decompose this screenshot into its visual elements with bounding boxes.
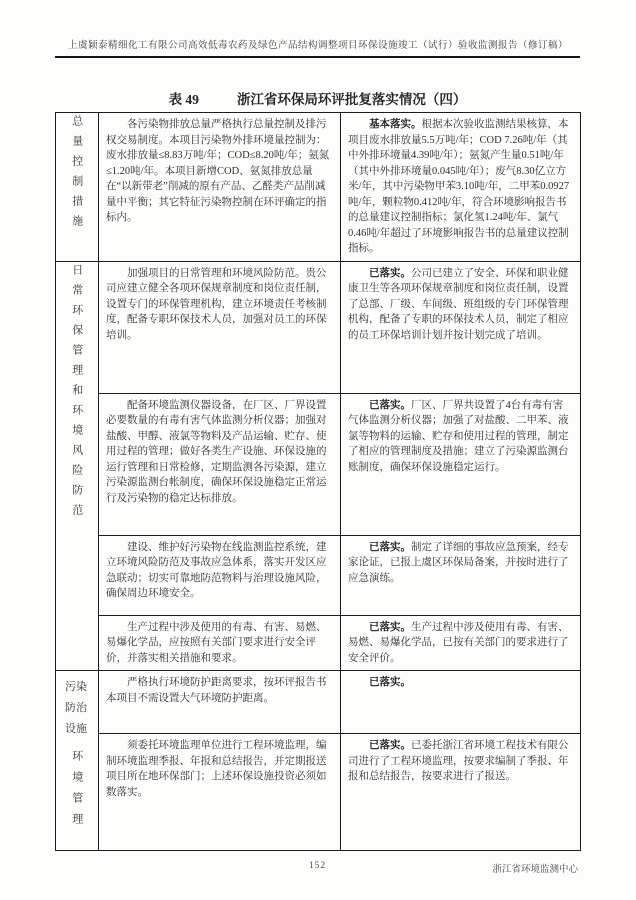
requirement-text: 建设、维护好污染物在线监测监控系统，建立环境风险防范及事故应急体系，落实开发区应… <box>99 535 341 615</box>
requirement-text: 严格执行环境防护距离要求，按环评报告书本项目不需设置大气环境防护距离。 <box>99 671 341 734</box>
status-lead: 已落实。 <box>369 740 411 751</box>
status-detail: 根据本次验收监测结果核算，本项目废水排放量5.5万吨/年；COD 7.26吨/年… <box>348 119 569 254</box>
requirement-text: 配备环境监测仪器设备，在厂区、厂界设置必要数量的有毒有害气体监测分析仪器；加强对… <box>99 393 341 535</box>
status-text: 已落实。厂区、厂界共设置了4台有毒有害气体监测分析仪器；加强了对盐酸、二甲苯、液… <box>341 393 581 535</box>
requirement-text: 生产过程中涉及使用的有毒、有害、易燃、易爆化学品，应按照有关部门要求进行安全评价… <box>99 615 341 671</box>
status-text: 已落实。制定了详细的事故应急预案，经专家论证，已报上虞区环保局备案，并按时进行了… <box>341 535 581 615</box>
status-lead: 已落实。 <box>369 542 411 553</box>
scanned-document-page: 上虞颖泰精细化工有限公司高效低毒农药及绿色产品结构调整项目环保设施竣工（试行）验… <box>0 0 636 900</box>
status-lead: 已落实。 <box>369 268 411 279</box>
requirement-text: 加强项目的日常管理和环境风险防范。贵公司应建立健全各项环保规章制度和岗位责任制，… <box>99 261 341 393</box>
requirement-text: 须委托环境监理单位进行工程环境监理，编制环境监理季报、年报和总结报告，并定期报送… <box>99 734 341 851</box>
status-text: 已落实。已委托浙江省环境工程技术有限公司进行了工程环境监理，按要求编制了季报、年… <box>341 734 581 851</box>
footer-organization: 浙江省环境监测中心 <box>492 861 578 875</box>
header-divider <box>55 56 580 58</box>
status-text: 已落实。公司已建立了安全、环保和职业健康卫生等各项环保规章制度和岗位责任制，设置… <box>341 261 581 393</box>
approval-implementation-table: 总量控制措施 各污染物排放总量严格执行总量控制及排污权交易制度。本项目污染物外排… <box>55 112 581 851</box>
table-title: 浙江省环保局环评批复落实情况（四） <box>237 88 467 108</box>
table-title-row: 表 49 浙江省环保局环评批复落实情况（四） <box>55 88 580 108</box>
status-text: 已落实。生产过程中涉及使用有毒、有害、易燃、易爆化学品，已按有关部门的要求进行了… <box>341 615 581 671</box>
status-lead: 已落实。 <box>369 400 411 411</box>
status-lead: 基本落实。 <box>369 119 422 130</box>
category-label-daily-management: 日常环保管理和环境风险防范 <box>56 261 99 671</box>
status-lead: 已落实。 <box>369 677 411 688</box>
category-label-total-control: 总量控制措施 <box>56 113 99 262</box>
requirement-text: 各污染物排放总量严格执行总量控制及排污权交易制度。本项目污染物外排环境量控制为：… <box>99 113 341 262</box>
running-header: 上虞颖泰精细化工有限公司高效低毒农药及绿色产品结构调整项目环保设施竣工（试行）验… <box>40 37 596 51</box>
category-label-pollution-facility-management: 污染防治设施 环境管理 <box>56 671 99 851</box>
status-text: 已落实。 <box>341 671 581 734</box>
status-lead: 已落实。 <box>369 622 411 633</box>
table-number-label: 表 49 <box>169 88 199 108</box>
status-text: 基本落实。根据本次验收监测结果核算，本项目废水排放量5.5万吨/年；COD 7.… <box>341 113 581 262</box>
